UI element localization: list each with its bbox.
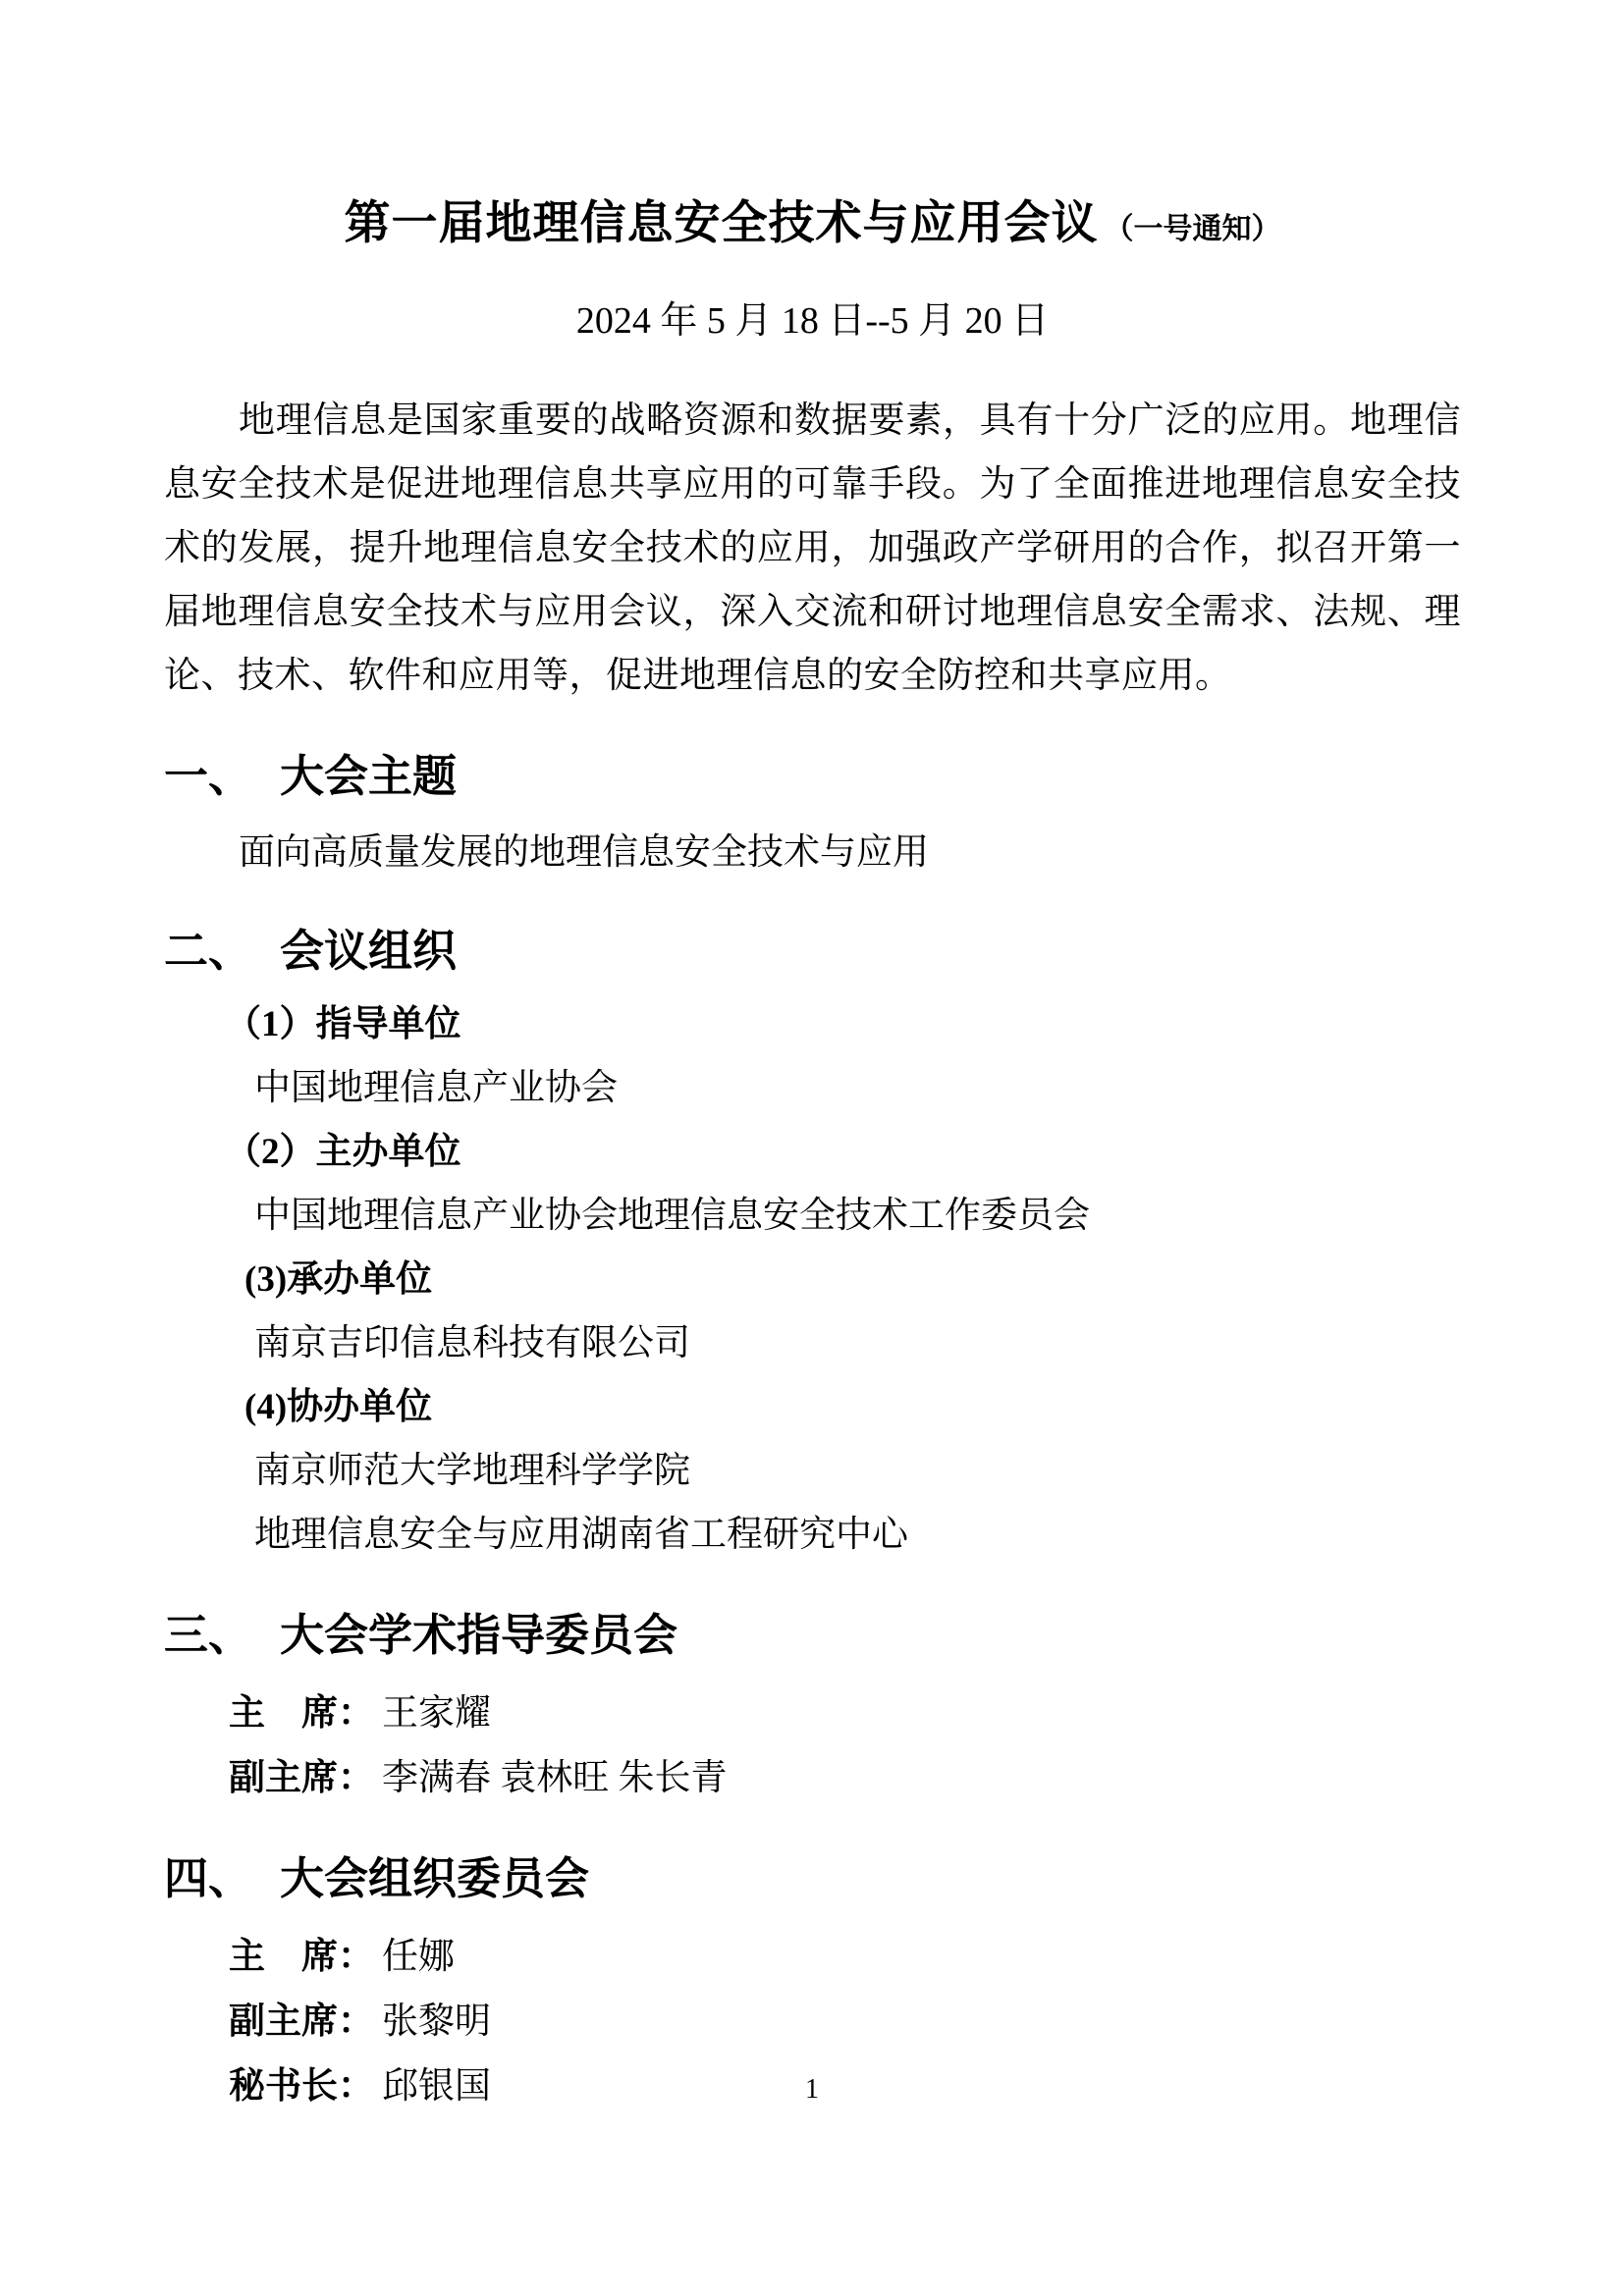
role-label: 主 席： (229, 1936, 374, 1976)
org-unit-name: 中国地理信息产业协会 (254, 1056, 1461, 1120)
organization-list: （1）指导单位 中国地理信息产业协会 （2）主办单位 中国地理信息产业协会地理信… (164, 992, 1461, 1567)
title-notice-suffix: （一号通知） (1105, 213, 1281, 245)
role-label: 副主席： (229, 2001, 374, 2041)
org-item-label-guidance: （1）指导单位 (225, 992, 1461, 1056)
page-number: 1 (0, 2073, 1624, 2107)
org-unit-name: 南京吉印信息科技有限公司 (254, 1311, 1461, 1375)
section-number: 一、 (164, 751, 252, 801)
section-title: 大会组织委员会 (280, 1853, 589, 1903)
role-names: 王家耀 (382, 1693, 491, 1734)
role-row-chair: 主 席：王家耀 (229, 1681, 1461, 1745)
academic-committee-roles: 主 席：王家耀 副主席：李满春 袁林旺 朱长青 (164, 1681, 1461, 1810)
section-title: 会议组织 (280, 926, 457, 976)
role-row-vice-chair: 副主席：李满春 袁林旺 朱长青 (229, 1745, 1461, 1810)
intro-paragraph: 地理信息是国家重要的战略资源和数据要素，具有十分广泛的应用。地理信息安全技术是促… (164, 389, 1461, 708)
role-row-chair: 主 席：任娜 (229, 1924, 1461, 1989)
role-label: 副主席： (229, 1757, 374, 1797)
document-content: 第一届地理信息安全技术与应用会议（一号通知） 2024 年 5 月 18 日--… (0, 0, 1624, 2118)
section-title: 大会主题 (280, 751, 457, 801)
role-row-vice-chair: 副主席：张黎明 (229, 1989, 1461, 2054)
role-names: 李满春 袁林旺 朱长青 (382, 1758, 728, 1798)
org-item-label-undertaker: (3)承办单位 (244, 1248, 1461, 1311)
section-heading-organizing-committee: 四、大会组织委员会 (164, 1849, 1461, 1908)
section-number: 二、 (164, 926, 252, 976)
section-title: 大会学术指导委员会 (280, 1610, 677, 1660)
document-page: 第一届地理信息安全技术与应用会议（一号通知） 2024 年 5 月 18 日--… (0, 0, 1624, 2296)
conference-date: 2024 年 5 月 18 日--5 月 20 日 (164, 296, 1461, 346)
org-item-label-coorganizer: (4)协办单位 (244, 1375, 1461, 1439)
org-unit-name: 南京师范大学地理科学学院 (254, 1439, 1461, 1503)
role-names: 张黎明 (382, 2002, 491, 2042)
page-title: 第一届地理信息安全技术与应用会议 (345, 196, 1099, 248)
org-unit-name: 地理信息安全与应用湖南省工程研究中心 (254, 1503, 1461, 1567)
org-item-label-host: （2）主办单位 (225, 1120, 1461, 1184)
role-names: 任娜 (382, 1937, 455, 1977)
role-label: 主 席： (229, 1692, 374, 1733)
section-heading-organization: 二、会议组织 (164, 922, 1461, 981)
section-number: 四、 (164, 1853, 252, 1903)
org-unit-name: 中国地理信息产业协会地理信息安全技术工作委员会 (254, 1184, 1461, 1248)
conference-theme-text: 面向高质量发展的地理信息安全技术与应用 (239, 824, 1461, 882)
section-heading-theme: 一、大会主题 (164, 747, 1461, 806)
section-heading-academic-committee: 三、大会学术指导委员会 (164, 1606, 1461, 1665)
section-number: 三、 (164, 1610, 252, 1660)
document-title-line: 第一届地理信息安全技术与应用会议（一号通知） (164, 192, 1461, 265)
